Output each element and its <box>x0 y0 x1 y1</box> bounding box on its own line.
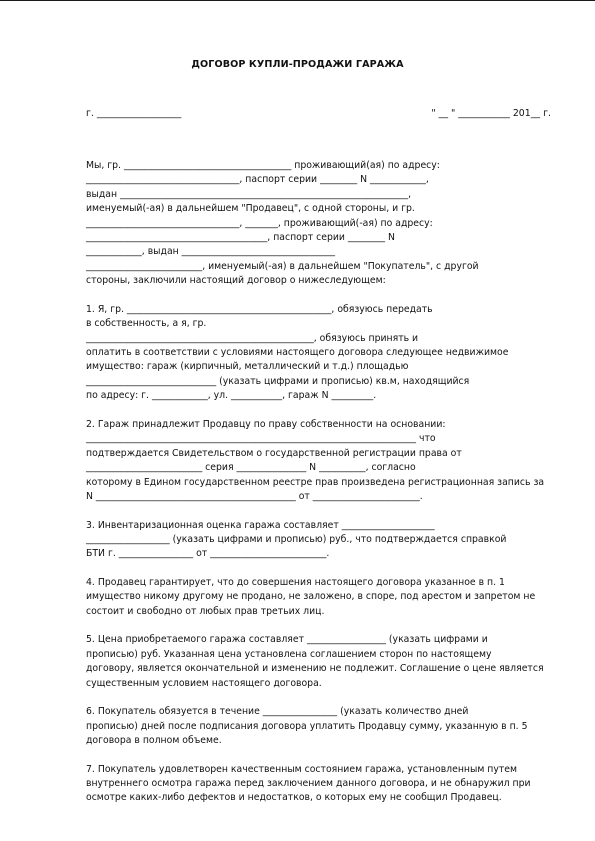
text-line: состоит и свободно от любых прав третьих… <box>86 605 556 619</box>
clause-6: 6. Покупатель обязуется в течение ______… <box>86 705 556 748</box>
text-line: 2. Гараж принадлежит Продавцу по праву с… <box>86 418 556 432</box>
clause-4: 4. Продавец гарантирует, что до совершен… <box>86 576 556 619</box>
text-line: существенным условием настоящего договор… <box>86 677 556 691</box>
text-line: ____________________________ (указать ци… <box>86 375 556 389</box>
text-line: _________________________ серия ________… <box>86 461 556 475</box>
clause-7: 7. Покупатель удовлетворен качественным … <box>86 763 556 806</box>
clause-5: 5. Цена приобретаемого гаража составляет… <box>86 633 556 691</box>
clause-2: 2. Гараж принадлежит Продавцу по праву с… <box>86 418 556 504</box>
text-line: Мы, гр. ________________________________… <box>86 159 556 173</box>
text-line: 3. Инвентаризационная оценка гаража сост… <box>86 519 556 533</box>
text-line: имущество никому другому не продано, не … <box>86 590 556 604</box>
text-line: прописью) дней после подписания договора… <box>86 720 556 734</box>
text-line: по адресу: г. ____________, ул. ________… <box>86 389 556 403</box>
text-line: ____________, выдан ____________________… <box>86 245 556 259</box>
text-line: подтверждается Свидетельством о государс… <box>86 447 556 461</box>
text-line: _______________________________________,… <box>86 231 556 245</box>
clause-1: 1. Я, гр. ______________________________… <box>86 303 556 404</box>
text-line: 4. Продавец гарантирует, что до совершен… <box>86 576 556 590</box>
text-line: имущество: гараж (кирпичный, металлическ… <box>86 360 556 374</box>
text-line: 7. Покупатель удовлетворен качественным … <box>86 763 556 777</box>
text-line: БТИ г. ________________ от _____________… <box>86 547 556 561</box>
contract-date-field: " __ " ___________ 201__ г. <box>431 108 551 119</box>
text-line: 1. Я, гр. ______________________________… <box>86 303 556 317</box>
contract-city-field: г. __________________ <box>86 108 181 119</box>
text-line: именуемый(-ая) в дальнейшем "Продавец", … <box>86 202 556 216</box>
text-line: ________________________________________… <box>86 332 556 346</box>
text-line: _________________________________, паспо… <box>86 173 556 187</box>
text-line: которому в Едином государственном реестр… <box>86 476 556 490</box>
clause-3: 3. Инвентаризационная оценка гаража сост… <box>86 519 556 562</box>
text-line: _________________________________, _____… <box>86 217 556 231</box>
text-line: осмотре каких-либо дефектов и недостатко… <box>86 791 556 805</box>
document-title: ДОГОВОР КУПЛИ-ПРОДАЖИ ГАРАЖА <box>0 59 595 70</box>
text-line: договору, является окончательной и измен… <box>86 662 556 676</box>
text-line: _________________________, именуемый(-ая… <box>86 260 556 274</box>
text-line: N ______________________________________… <box>86 490 556 504</box>
text-line: оплатить в соответствии с условиями наст… <box>86 346 556 360</box>
text-line: выдан __________________________________… <box>86 188 556 202</box>
text-line: ________________________________________… <box>86 432 556 446</box>
text-line: договора в полном объеме. <box>86 734 556 748</box>
text-line: в собственность, а я, гр. <box>86 317 556 331</box>
parties-paragraph: Мы, гр. ________________________________… <box>86 159 556 289</box>
text-line: 5. Цена приобретаемого гаража составляет… <box>86 633 556 647</box>
text-line: 6. Покупатель обязуется в течение ______… <box>86 705 556 719</box>
contract-body: Мы, гр. ________________________________… <box>86 159 556 820</box>
text-line: стороны, заключили настоящий договор о н… <box>86 274 556 288</box>
text-line: __________________ (указать цифрами и пр… <box>86 533 556 547</box>
text-line: прописью) руб. Указанная цена установлен… <box>86 648 556 662</box>
text-line: внутреннего осмотра гаража перед заключе… <box>86 777 556 791</box>
